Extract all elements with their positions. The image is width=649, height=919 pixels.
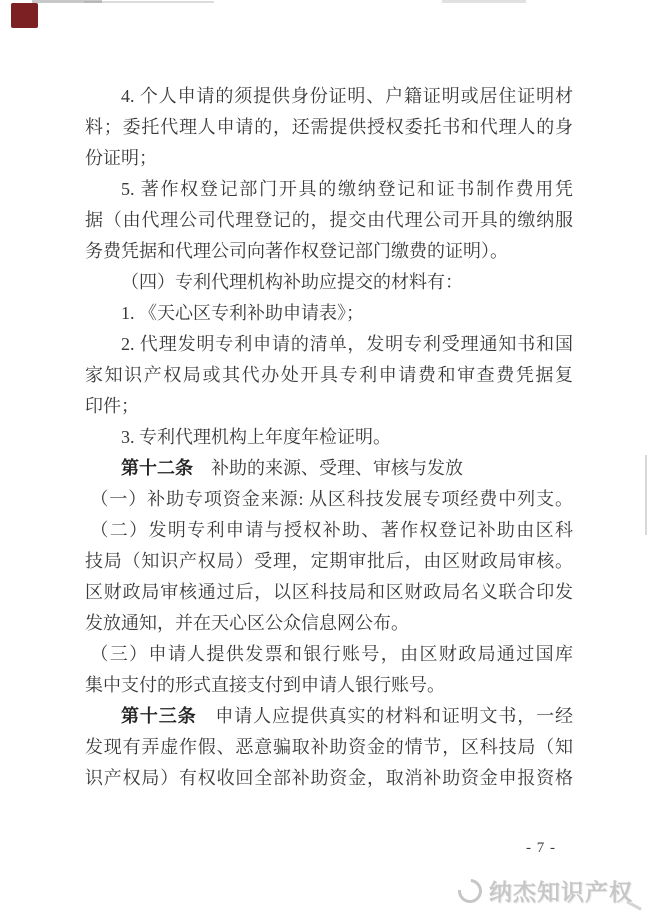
text-line: 技局（知识产权局）受理，定期审批后，由区财政局审核。 [85, 546, 573, 577]
scan-artifact [84, 1, 214, 3]
text-line: 4. 个人申请的须提供身份证明、户籍证明或居住证明材 [85, 81, 573, 112]
document-page: 4. 个人申请的须提供身份证明、户籍证明或居住证明材料；委托代理人申请的，还需提… [0, 0, 649, 919]
text-line: 务费凭据和代理公司向著作权登记部门缴费的证明）。 [85, 236, 573, 267]
text-run: （二）发明专利申请与授权补助、著作权登记补助由区科 [90, 520, 573, 540]
text-run: 识产权局）有权收回全部补助资金，取消补助资金申报资格 [85, 768, 573, 788]
page-number: - 7 - [526, 840, 556, 857]
text-run: 1. 《天心区专利补助申请表》； [121, 303, 364, 323]
text-run: 集中支付的形式直接支付到申请人银行账号。 [85, 675, 445, 695]
watermark-text: 纳杰知识产权 [489, 874, 633, 907]
text-line: 区财政局审核通过后，以区科技局和区财政局名义联合印发 [85, 577, 573, 608]
text-line: （二）发明专利申请与授权补助、著作权登记补助由区科 [85, 515, 573, 546]
document-body: 4. 个人申请的须提供身份证明、户籍证明或居住证明材料；委托代理人申请的，还需提… [85, 81, 573, 794]
text-line: （四）专利代理机构补助应提交的材料有： [85, 267, 573, 298]
text-line: 据（由代理公司代理登记的，提交由代理公司开具的缴纳服 [85, 205, 573, 236]
text-line: 集中支付的形式直接支付到申请人银行账号。 [85, 670, 573, 701]
text-run: 料；委托代理人申请的，还需提供授权委托书和代理人的身 [85, 117, 573, 137]
text-line: 3. 专利代理机构上年度年检证明。 [85, 422, 573, 453]
watermark: 纳杰知识产权 [458, 874, 633, 907]
text-run: 3. 专利代理机构上年度年检证明。 [121, 427, 391, 447]
text-line: 第十二条 补助的来源、受理、审核与发放 [85, 453, 573, 484]
text-line: 料；委托代理人申请的，还需提供授权委托书和代理人的身 [85, 112, 573, 143]
text-run: （一）补助专项资金来源: 从区科技发展专项经费中列支。 [90, 489, 573, 509]
text-run: 区财政局审核通过后，以区科技局和区财政局名义联合印发 [85, 582, 573, 602]
text-run: （四）专利代理机构补助应提交的材料有： [121, 272, 463, 292]
scan-artifact [442, 0, 526, 3]
text-line: （一）补助专项资金来源: 从区科技发展专项经费中列支。 [85, 484, 573, 515]
scan-artifact [645, 455, 647, 535]
text-line: （三）申请人提供发票和银行账号，由区财政局通过国库 [85, 639, 573, 670]
text-line: 第十三条 申请人应提供真实的材料和证明文书，一经 [85, 701, 573, 732]
clause-number: 第十二条 [121, 458, 193, 478]
text-line: 份证明； [85, 143, 573, 174]
text-line: 发放通知，并在天心区公众信息网公布。 [85, 608, 573, 639]
text-line: 家知识产权局或其代办处开具专利申请费和审查费凭据复 [85, 360, 573, 391]
watermark-logo-icon [453, 874, 487, 908]
text-run: （三）申请人提供发票和银行账号，由区财政局通过国库 [90, 644, 573, 664]
red-stamp-fragment [11, 3, 38, 28]
text-line: 5. 著作权登记部门开具的缴纳登记和证书制作费用凭 [85, 174, 573, 205]
text-run: 申请人应提供真实的材料和证明文书，一经 [196, 706, 573, 726]
text-run: 份证明； [85, 148, 157, 168]
text-run: 发放通知，并在天心区公众信息网公布。 [85, 613, 409, 633]
text-line: 1. 《天心区专利补助申请表》； [85, 298, 573, 329]
text-run: 印件； [85, 396, 139, 416]
text-run: 技局（知识产权局）受理，定期审批后，由区财政局审核。 [85, 551, 573, 571]
text-line: 2. 代理发明专利申请的清单，发明专利受理通知书和国 [85, 329, 573, 360]
text-line: 发现有弄虚作假、恶意骗取补助资金的情节，区科技局（知 [85, 732, 573, 763]
text-line: 印件； [85, 391, 573, 422]
text-run: 家知识产权局或其代办处开具专利申请费和审查费凭据复 [85, 365, 573, 385]
text-run: 2. 代理发明专利申请的清单，发明专利受理通知书和国 [121, 334, 573, 354]
text-run: 务费凭据和代理公司向著作权登记部门缴费的证明）。 [85, 241, 508, 261]
text-run: 4. 个人申请的须提供身份证明、户籍证明或居住证明材 [121, 86, 573, 106]
text-run: 补助的来源、受理、审核与发放 [193, 458, 463, 478]
text-line: 识产权局）有权收回全部补助资金，取消补助资金申报资格 [85, 763, 573, 794]
text-run: 5. 著作权登记部门开具的缴纳登记和证书制作费用凭 [121, 179, 573, 199]
clause-number: 第十三条 [121, 706, 196, 726]
text-run: 据（由代理公司代理登记的，提交由代理公司开具的缴纳服 [85, 210, 573, 230]
text-run: 发现有弄虚作假、恶意骗取补助资金的情节，区科技局（知 [85, 737, 573, 757]
